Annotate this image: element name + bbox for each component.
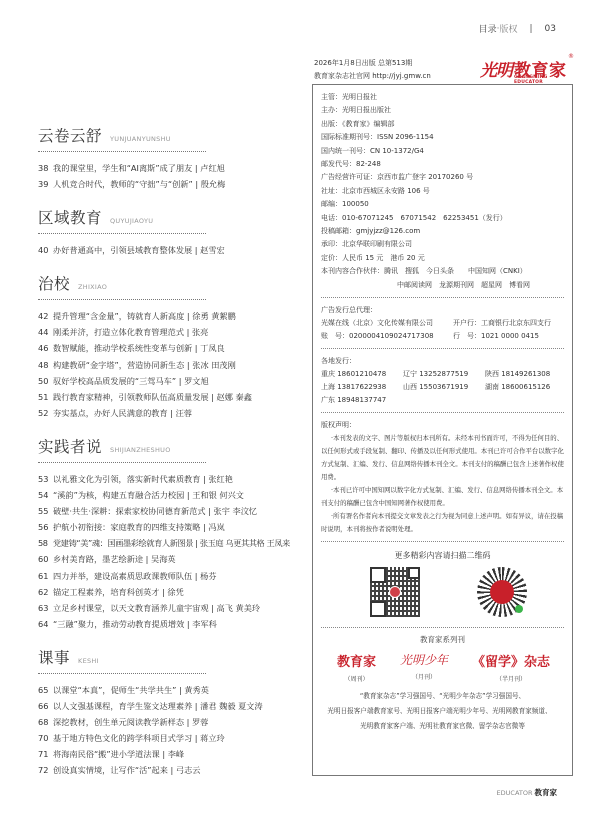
guangming-educator-logo: 光明 教育家 ® GUANGMING EDUCATOR <box>480 56 572 84</box>
series-item: 光明少年 （月刊） <box>400 651 448 683</box>
toc-item[interactable]: 50驭好学校高品质发展的“三驾马车” | 罗文旭 <box>38 373 308 389</box>
section-title: 云卷云舒 <box>38 124 102 146</box>
series-item: 《留学》杂志 （半月刊） <box>472 651 550 683</box>
toc-item[interactable]: 42提升管理“含金量”，铸就育人新高度 | 徐勇 黄絮鹏 <box>38 308 308 324</box>
website-line: 教育家杂志社官网 http://jyj.gmw.cn <box>314 70 431 83</box>
section-pinyin: ZHIXIAO <box>78 283 107 291</box>
footer-cn: 教育家 <box>535 787 558 798</box>
toc-section: 云卷云舒YUNJUANYUNSHU 38我的课堂里，学生和“AI离斯”成了朋友 … <box>38 124 308 192</box>
imprint-box: 主管：光明日报社 主办：光明日报出版社 出版：《教育家》编辑部 国际标准期刊号：… <box>312 84 573 776</box>
toc-item[interactable]: 72创设真实情境，让写作“活”起来 | 弓志云 <box>38 762 308 778</box>
section-pinyin: QUYUJIAOYU <box>110 217 153 225</box>
toc-item[interactable]: 51践行教育家精神，引领教师队伍高质量发展 | 赵娜 秦鑫 <box>38 389 308 405</box>
distribution: 各地发行： 重庆 18601210478 辽宁 13252877519 陕西 1… <box>321 355 572 407</box>
toc-item[interactable]: 54“溪韵”为核，构建五育融合活力校园 | 王和银 何兴文 <box>38 487 308 503</box>
divider <box>321 627 564 628</box>
section-title: 实践者说 <box>38 435 102 457</box>
section-pinyin: YUNJUANYUNSHU <box>110 135 171 143</box>
page-number: 03 <box>545 24 556 34</box>
toc-item[interactable]: 64“三融”聚力，推动劳动教育提质增效 | 李军科 <box>38 616 308 632</box>
section-pinyin: SHIJIANZHESHUO <box>110 446 171 454</box>
toc-item[interactable]: 53以礼雅文化为引领，落实新时代素质教育 | 张红艳 <box>38 471 308 487</box>
toc-section: 治校ZHIXIAO 42提升管理“含金量”，铸就育人新高度 | 徐勇 黄絮鹏 4… <box>38 272 308 421</box>
toc-item[interactable]: 56护航小初衔接：家庭教育的四维支持策略 | 冯岚 <box>38 519 308 535</box>
wechat-qr-code[interactable] <box>370 567 420 617</box>
section-title: 区域教育 <box>38 206 102 228</box>
toc-item[interactable]: 65以课堂“本真”，促师生“共学共生” | 黄秀英 <box>38 682 308 698</box>
series-title: 教育家系列刊 <box>321 634 564 645</box>
series-item: 教育家 （周刊） <box>337 651 376 683</box>
toc-item[interactable]: 48构建教研“金字塔”，营造协同新生态 | 张冰 田茂刚 <box>38 357 308 373</box>
section-pinyin: KESHI <box>78 657 99 665</box>
section-title: 治校 <box>38 272 70 294</box>
header-divider: | <box>530 24 533 34</box>
header-section2: 版权 <box>499 22 517 35</box>
toc-item[interactable]: 39人机竞合时代，教师的“守拙”与“创新” | 殷允梅 <box>38 176 308 192</box>
page-header: 目录·版权 | 03 <box>479 22 556 35</box>
table-of-contents: 云卷云舒YUNJUANYUNSHU 38我的课堂里，学生和“AI离斯”成了朋友 … <box>38 124 308 792</box>
divider <box>321 348 564 349</box>
toc-item[interactable]: 44刚柔并济，打造立体化教育管理范式 | 张亮 <box>38 324 308 340</box>
toc-section: 课事KESHI 65以课堂“本真”，促师生“共学共生” | 黄秀英 66以人文强… <box>38 646 308 779</box>
toc-item[interactable]: 62锚定工程素养，培育科创英才 | 徐凭 <box>38 584 308 600</box>
publication-info: 2026年1月8日出版 总第513期 教育家杂志社官网 http://jyj.g… <box>314 57 431 82</box>
series-row: 教育家 （周刊） 光明少年 （月刊） 《留学》杂志 （半月刊） <box>321 651 572 683</box>
toc-item[interactable]: 46数智赋能，推动学校系统性变革与创新 | 丁凤良 <box>38 340 308 356</box>
masthead: 主管：光明日报社 主办：光明日报出版社 出版：《教育家》编辑部 国际标准期刊号：… <box>321 91 572 292</box>
toc-item[interactable]: 38我的课堂里，学生和“AI离斯”成了朋友 | 卢红旭 <box>38 160 308 176</box>
toc-item[interactable]: 70基于地方特色文化的跨学科项目式学习 | 蒋立玲 <box>38 730 308 746</box>
toc-item[interactable]: 66以人文强基课程，育学生鉴文达理素养 | 潘君 魏毅 夏文涛 <box>38 698 308 714</box>
mini-program-code[interactable] <box>477 567 527 617</box>
toc-section: 区域教育QUYUJIAOYU 40办好普通高中，引领县域教育整体发展 | 赵雪宏 <box>38 206 308 258</box>
media-channels: “教育家杂志”学习强国号、“光明少年杂志”学习强国号、 光明日报客户端教育家号、… <box>321 689 572 734</box>
toc-item[interactable]: 55破壁·共生·深耕：探索家校协同德育新范式 | 张宇 李汶忆 <box>38 503 308 519</box>
toc-item[interactable]: 60乡村美育路，墨艺绘新途 | 吴海英 <box>38 551 308 567</box>
advertising-agent: 广告发行总代理： 光媒在线（北京）文化传媒有限公司 开户行：工商银行北京东四支行… <box>321 304 572 343</box>
footer-en: EDUCATOR <box>497 789 533 797</box>
toc-item[interactable]: 63立足乡村课堂，以天文教育涵养儿童宇宙观 | 高飞 黄美玲 <box>38 600 308 616</box>
toc-section: 实践者说SHIJIANZHESHUO 53以礼雅文化为引领，落实新时代素质教育 … <box>38 435 308 632</box>
submission-email[interactable]: 投稿邮箱：gmjyjzz@126.com <box>321 225 572 238</box>
page-footer: EDUCATOR 教育家 <box>497 787 557 798</box>
divider <box>321 412 564 413</box>
copyright-notice: 版权声明： ·本刊发表的文字、图片等版权归本刊所有。未经本刊书面许可，不得为任何… <box>321 419 572 536</box>
toc-item[interactable]: 52夯实基点，办好人民满意的教育 | 汪蓉 <box>38 405 308 421</box>
qr-row <box>321 567 572 617</box>
section-title: 课事 <box>38 646 70 668</box>
issue-line: 2026年1月8日出版 总第513期 <box>314 57 431 70</box>
qr-title: 更多精彩内容请扫描二维码 <box>321 550 564 561</box>
toc-item[interactable]: 40办好普通高中，引领县域教育整体发展 | 赵雪宏 <box>38 242 308 258</box>
divider <box>321 541 564 542</box>
header-section: 目录 <box>479 22 497 35</box>
toc-item[interactable]: 58党建铸“美”魂：国画墨彩绘就育人新图景 | 张玉庭 乌更其其格 王凤来 <box>38 535 308 551</box>
toc-item[interactable]: 68深挖教材，创生单元阅读教学新样态 | 罗蓉 <box>38 714 308 730</box>
toc-item[interactable]: 71将海南民俗“搬”进小学道法课 | 李峰 <box>38 746 308 762</box>
divider <box>321 297 564 298</box>
toc-item[interactable]: 61四力并举，建设高素质思政课教师队伍 | 杨芬 <box>38 568 308 584</box>
